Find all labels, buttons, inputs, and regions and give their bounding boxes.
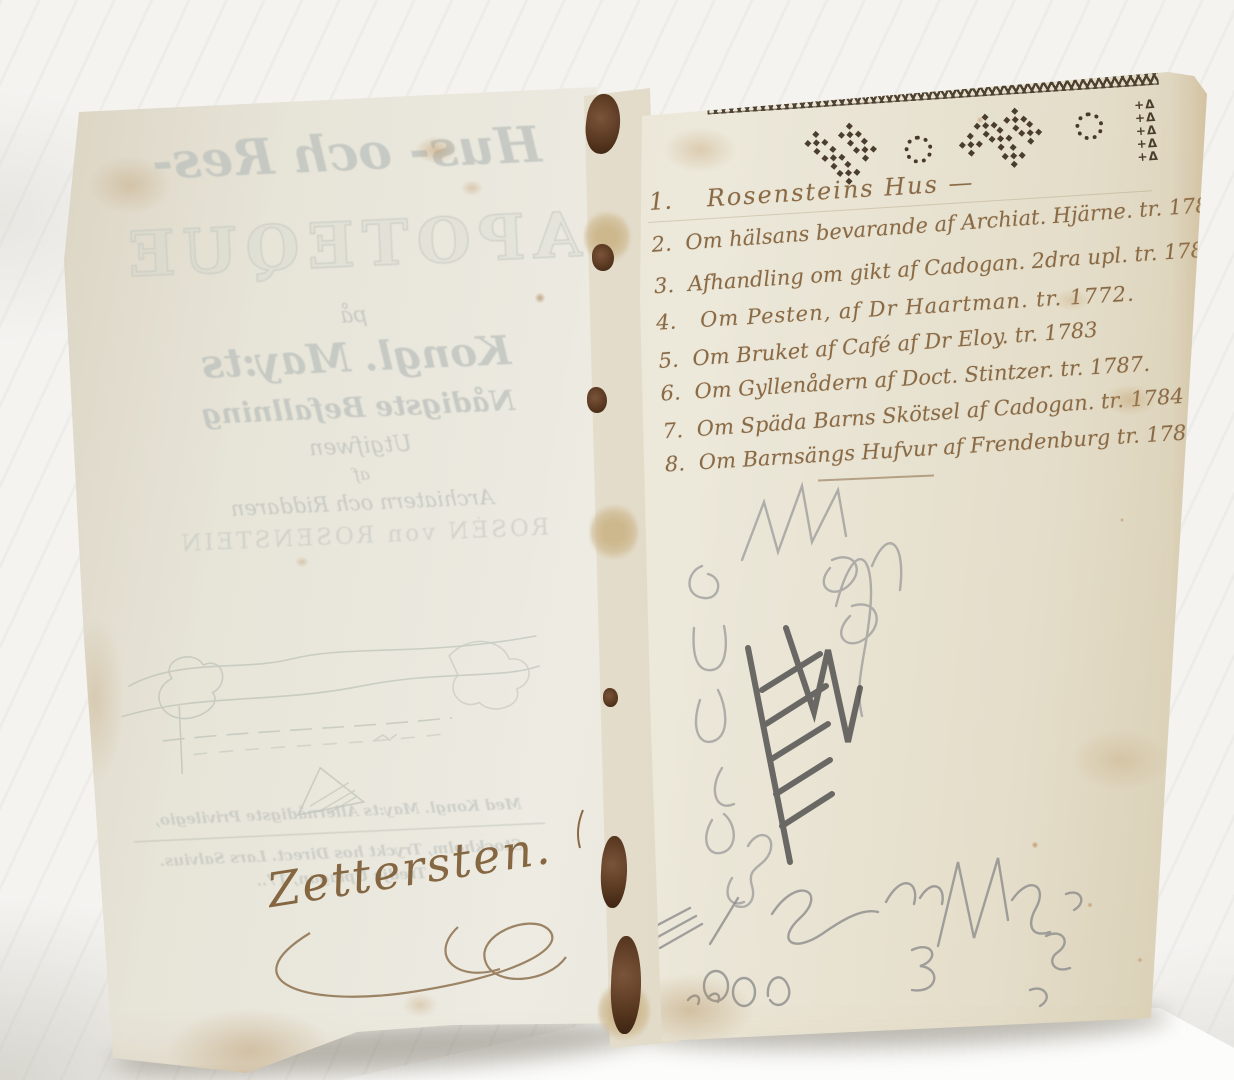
index-entry: 3.Afhandling om gikt af Cadogan. 2dra up… bbox=[653, 236, 1224, 298]
index-entry: 5.Om Bruket af Café af Dr Eloy. tr. 1783 bbox=[658, 318, 1099, 373]
owner-signature: Zettersten. bbox=[263, 820, 555, 919]
entry-text: Afhandling om gikt af Cadogan. 2dra upl.… bbox=[687, 236, 1225, 296]
engraving-vignette bbox=[117, 605, 556, 834]
ghost-imprint-line: Stockholm, Tryckt hos Direct. Lars Salvi… bbox=[120, 831, 561, 875]
chain-border-ornament bbox=[707, 72, 1159, 115]
triangle-border-row: +Δ bbox=[1135, 124, 1157, 138]
imprint-rule bbox=[134, 823, 546, 843]
printed-headpiece: +Δ +Δ +Δ +Δ +Δ bbox=[700, 57, 1182, 218]
underline-flourish bbox=[818, 474, 934, 481]
printer-flower-cluster bbox=[997, 135, 1004, 142]
index-entry: 7.Om Späda Barns Skötsel af Cadogan. tr.… bbox=[662, 384, 1184, 443]
entry-text: Om hälsans bevarande af Archiat. Hjärne.… bbox=[685, 192, 1223, 254]
index-entry: 8.Om Barnsängs Hufvur af Frendenburg tr.… bbox=[664, 420, 1200, 477]
entry-number: 2. bbox=[651, 230, 687, 256]
entry-number: 5. bbox=[658, 347, 694, 373]
printer-flower-cluster bbox=[830, 154, 837, 161]
entry-number: 8. bbox=[664, 450, 699, 476]
printer-flower-cluster bbox=[1010, 152, 1017, 159]
triangle-border-row: +Δ bbox=[1134, 98, 1156, 112]
ghost-title-line: Kongl. May:ts bbox=[120, 323, 592, 391]
sewing-cord-tuft bbox=[590, 503, 638, 561]
ghost-title-line: APOTEQUE bbox=[115, 198, 588, 292]
ghost-title-line: af bbox=[126, 454, 596, 495]
triangle-border-row: +Δ bbox=[1135, 111, 1157, 125]
printer-flower-cluster bbox=[967, 141, 974, 148]
entry-number: 7. bbox=[662, 417, 698, 443]
entry-number: 6. bbox=[660, 380, 695, 406]
entry-number: 3. bbox=[653, 272, 689, 298]
ghost-imprint-line: Med Kongl. May:ts Allernådigste Privileg… bbox=[118, 790, 559, 834]
ghost-title-line: Nådigste Befallning bbox=[123, 380, 594, 434]
book-photo: Hus- och Res- APOTEQUE på Kongl. May:ts … bbox=[0, 0, 1234, 1080]
entry-number: 1. bbox=[648, 186, 684, 216]
index-entry: 1.Rosensteins Hus — bbox=[648, 168, 975, 216]
entry-text: Om Gyllenådern af Doct. Stintzer. tr. 17… bbox=[694, 352, 1151, 404]
printer-flower-cluster bbox=[982, 122, 989, 129]
sunburst-ornament bbox=[1074, 111, 1104, 141]
entry-text: Om Pesten, af Dr Haartman. tr. 1772. bbox=[699, 282, 1135, 333]
entry-text: Om Bruket af Café af Dr Eloy. tr. 1783 bbox=[692, 318, 1099, 371]
ghost-title-line: Hus- och Res- bbox=[111, 113, 583, 193]
printer-flower-cluster bbox=[846, 131, 853, 138]
triangle-border-row: +Δ bbox=[1137, 150, 1159, 164]
printer-flower-cluster bbox=[813, 139, 820, 146]
entry-text: Om Barnsängs Hufvur af Frendenburg tr. 1… bbox=[698, 420, 1200, 475]
triangle-border-strip: +Δ +Δ +Δ +Δ +Δ bbox=[1134, 98, 1160, 164]
ghost-title-line: på bbox=[119, 292, 590, 338]
printer-flower-cluster bbox=[845, 169, 852, 176]
printer-flower-cluster bbox=[1027, 129, 1034, 136]
printer-flower-cluster bbox=[861, 146, 868, 153]
paper-crease bbox=[648, 190, 1152, 223]
ghost-title-line: Utgifwen bbox=[125, 423, 596, 469]
index-entry: 6.Om Gyllenådern af Doct. Stintzer. tr. … bbox=[660, 352, 1151, 406]
ghost-imprint-line: Tredje Uplagan, 17.. bbox=[121, 855, 562, 899]
triangle-border-row: +Δ bbox=[1136, 137, 1158, 151]
leather-remnant bbox=[603, 688, 618, 707]
index-entry: 2.Om hälsans bevarande af Archiat. Hjärn… bbox=[651, 192, 1223, 257]
sunburst-ornament bbox=[904, 135, 934, 165]
ghost-title: Hus- och Res- APOTEQUE på Kongl. May:ts … bbox=[110, 97, 600, 560]
entry-number: 4. bbox=[656, 309, 691, 335]
entry-text: Rosensteins Hus — bbox=[706, 168, 975, 212]
index-list: 1.Rosensteins Hus — 2.Om hälsans bevaran… bbox=[648, 154, 1225, 488]
leather-remnant bbox=[592, 244, 614, 271]
ghost-imprint: Med Kongl. May:ts Allernådigste Privileg… bbox=[118, 790, 562, 899]
signature-flourish bbox=[248, 905, 588, 1025]
ghost-title-line: ROSÉN von ROSENSTEIN bbox=[129, 512, 600, 559]
leather-remnant bbox=[587, 387, 607, 413]
index-entry: 4.Om Pesten, af Dr Haartman. tr. 1772. bbox=[656, 282, 1136, 335]
entry-text: Om Späda Barns Skötsel af Cadogan. tr. 1… bbox=[696, 384, 1185, 441]
ghost-title-line: Archiatern och Riddaren bbox=[127, 480, 598, 525]
printer-flower-cluster bbox=[1012, 116, 1019, 123]
